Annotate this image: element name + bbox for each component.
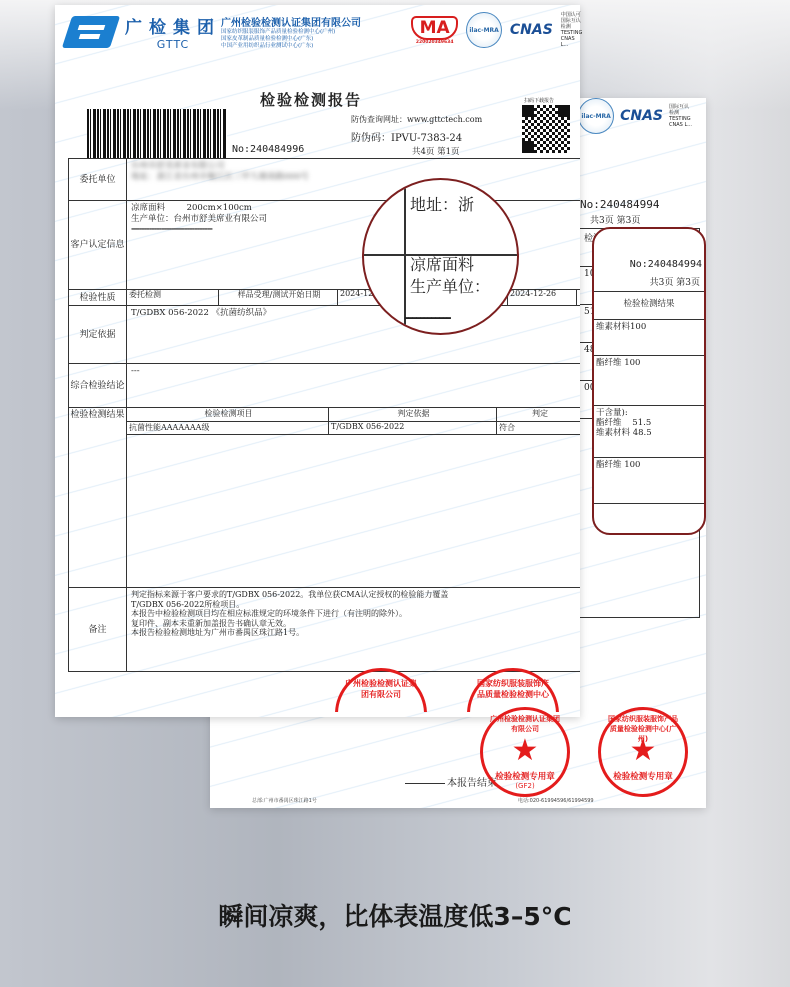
results-verdict: 符合 [497,422,581,434]
cnas-logo-icon: CNAS [620,108,663,124]
row-label: 判定依据 [69,306,127,363]
row-label: 备注 [69,588,127,671]
results-header: 检验检测项目 判定依据 判定 [127,408,580,422]
date-label: 样品受理/测试开始日期 [219,289,338,305]
ilac-mra-logo-icon: ilac-MRA [578,98,614,134]
magnified-address: 地址：浙 [410,192,474,215]
client-value: 台州市舒美席业有限公司 地址：浙江省台州市椒江区三甲九塘南路000号 [131,161,576,182]
brand-name-en: GTTC [125,38,221,51]
basis-value: T/GDBX 056-2022 《抗菌纺织品》 [131,308,576,319]
seal-text: 广州检验检测认证集团有限公司 [343,678,419,700]
cma-mark: MA [411,16,458,40]
test-nature-grid: 委托检测 样品受理/测试开始日期 2024-12- 2024-12-26 [127,289,580,305]
zoom-row: 干含量): 酯纤维 51.5 维素材料 48.5 [594,405,704,457]
verify-url: 防伪查询网址：www.gttctech.com [351,114,482,125]
seal-text: 国家纺织服装服饰产品质量检验检测中心 [475,678,551,700]
cma-logo-icon: MA 220020349634 [411,16,458,45]
remark-line: 本报告中检验检测项目均在相应标准规定的环境条件下进行（有注明的除外）。 [131,609,576,619]
company-block: 广州检验检测认证集团有限公司 国家纺织服装服饰产品质量检验检测中心(广州) 国家… [221,14,361,50]
magnified-line: 凉席面料 [410,254,490,276]
zoom-rows: 检验检测结果 维素材料100 酯纤维 100 干含量): 酯纤维 51.5 维素… [594,291,704,533]
cma-number: 220020349634 [411,40,458,45]
ilac-mra-logo-icon: ilac-MRA [466,12,502,48]
star-icon: ★ [483,736,567,766]
seal-band: 检验检测专用章 [601,770,685,782]
testing-seal-gf2: 广州检验检测认证集团有限公司 ★ 检验检测专用章 (GF2) [480,707,570,797]
row-label: 综合检验结论 [69,364,127,407]
info-line: 凉席面料 200cm×100cm [131,203,576,214]
client-line: 台州市舒美席业有限公司 [131,161,576,172]
remarks-value: 判定指标来源于客户要求的T/GDBX 056-2022。我单位获CMA认定授权的… [131,590,576,638]
row-client: 委托单位 台州市舒美席业有限公司 地址：浙江省台州市椒江区三甲九塘南路000号 [69,159,580,201]
cert-logos: MA 220020349634 ilac-MRA CNAS 中国认可 国际互认 … [411,12,583,48]
row-label: 检验检测结果 [69,408,127,587]
magnified-dashes: ------------ [404,310,450,326]
zoom-row: 酯纤维 100 [594,457,704,503]
seal-band: 检验检测专用章 [483,770,567,782]
center-seal-top: 国家纺织服装服饰产品质量检验检测中心 [467,668,559,712]
magnifier-callout: 地址：浙 凉席面料 生产单位： ------------ [362,178,519,335]
seal-text: 广州检验检测认证集团有限公司 [489,714,561,734]
testing-seal-center: 国家纺织服装服饰产品质量检验检测中心(广州) ★ 检验检测专用章 [598,707,688,797]
row-results: 检验检测结果 检验检测项目 判定依据 判定 抗菌性能AAAAAAA级 T/GDB… [69,408,580,588]
report-title: 检验检测报告 [260,89,362,110]
remark-line: 判定指标来源于客户要求的T/GDBX 056-2022。我单位获CMA认定授权的… [131,590,576,600]
row-conclusion: 综合检验结论 --- [69,364,580,408]
brand-name-cn: 广检集团 [125,13,221,38]
center-line: 国家纺织服装服饰产品质量检验检测中心(广州) [221,29,361,36]
cnas-caption-line: CNAS L... [669,122,692,128]
back-cert-logos: ilac-MRA CNAS 国际互认 检测 TESTING CNAS L... [578,98,692,134]
magnified-line: 生产单位： [410,276,490,298]
zoom-callout-box: No:240484994 共3页 第3页 检验检测结果 维素材料100 酯纤维 … [592,227,706,535]
row-label: 委托单位 [69,159,127,200]
qr-code-icon [522,105,570,153]
front-report-page: 广检集团 GTTC 广州检验检测认证集团有限公司 国家纺织服装服饰产品质量检验检… [55,5,580,717]
barcode-icon [87,109,227,159]
company-name: 广州检验检测认证集团有限公司 [221,14,361,29]
test-nature-value: 委托检测 [127,289,219,305]
remark-line: T/GDBX 056-2022所检项目。 [131,600,576,610]
date-end: 2024-12-26 [507,289,577,305]
zoom-report-number: No:240484994 [630,259,702,270]
cnas-logo-icon: CNAS [510,22,553,38]
row-label: 客户认定信息 [69,201,127,289]
caption-headline: 瞬间凉爽，比体表温度低3–5°C [0,897,790,933]
gttc-logo-icon [62,16,120,48]
back-report-number: No:240484994 [580,198,659,211]
zoom-row: 检验检测结果 [594,291,704,319]
zoom-row: 酯纤维 100 [594,355,704,405]
footer-address: 总部:广州市番禺区珠江路1号 [252,797,317,804]
remark-line: 复印件、副本未重新加盖报告书确认章无效。 [131,619,576,629]
page-info: 共4页 第1页 [412,145,460,157]
cnas-caption-line: CNAS L... [561,36,584,48]
results-header-cell: 检验检测项目 [127,408,329,421]
star-icon: ★ [601,736,685,766]
report-number: No:240484996 [232,144,304,155]
row-label: 检验性质 [69,290,127,305]
zoom-page-info: 共3页 第3页 [650,275,700,288]
results-header-cell: 判定 [497,408,581,421]
results-basis: T/GDBX 056-2022 [329,422,497,434]
footer-phone: 电话:020-61994596/61994599 [518,797,594,804]
company-seal-top: 广州检验检测认证集团有限公司 [335,668,427,712]
verify-code: 防伪码：IPVU-7383-24 [351,129,462,144]
magnified-info: 凉席面料 生产单位： [410,254,490,298]
back-page-info: 共3页 第3页 [590,213,640,226]
cnas-caption: 中国认可 国际互认 检测 TESTING CNAS L... [561,12,584,48]
row-remarks: 备注 判定指标来源于客户要求的T/GDBX 056-2022。我单位获CMA认定… [69,588,580,671]
center-line: 国家皮革制品质量检验检测中心(广东) [221,36,361,43]
brand: 广检集团 GTTC [61,13,221,51]
client-line: 地址：浙江省台州市椒江区三甲九塘南路000号 [131,172,576,183]
center-line: 中国产业用纺织品行业测试中心(广东) [221,43,361,50]
zoom-row [594,503,704,533]
results-row: 抗菌性能AAAAAAA级 T/GDBX 056-2022 符合 [127,422,580,435]
seal-sub: (GF2) [483,782,567,790]
zoom-row: 维素材料100 [594,319,704,355]
row-basis: 判定依据 T/GDBX 056-2022 《抗菌纺织品》 [69,306,580,364]
conclusion-value: --- [131,366,576,377]
results-header-cell: 判定依据 [329,408,497,421]
remark-line: 本报告检验检测地址为广州市番禺区珠江路1号。 [131,628,576,638]
cnas-caption: 国际互认 检测 TESTING CNAS L... [669,104,692,128]
qr-label: 扫码下载报告 [524,97,554,104]
results-item: 抗菌性能AAAAAAA级 [127,422,329,434]
